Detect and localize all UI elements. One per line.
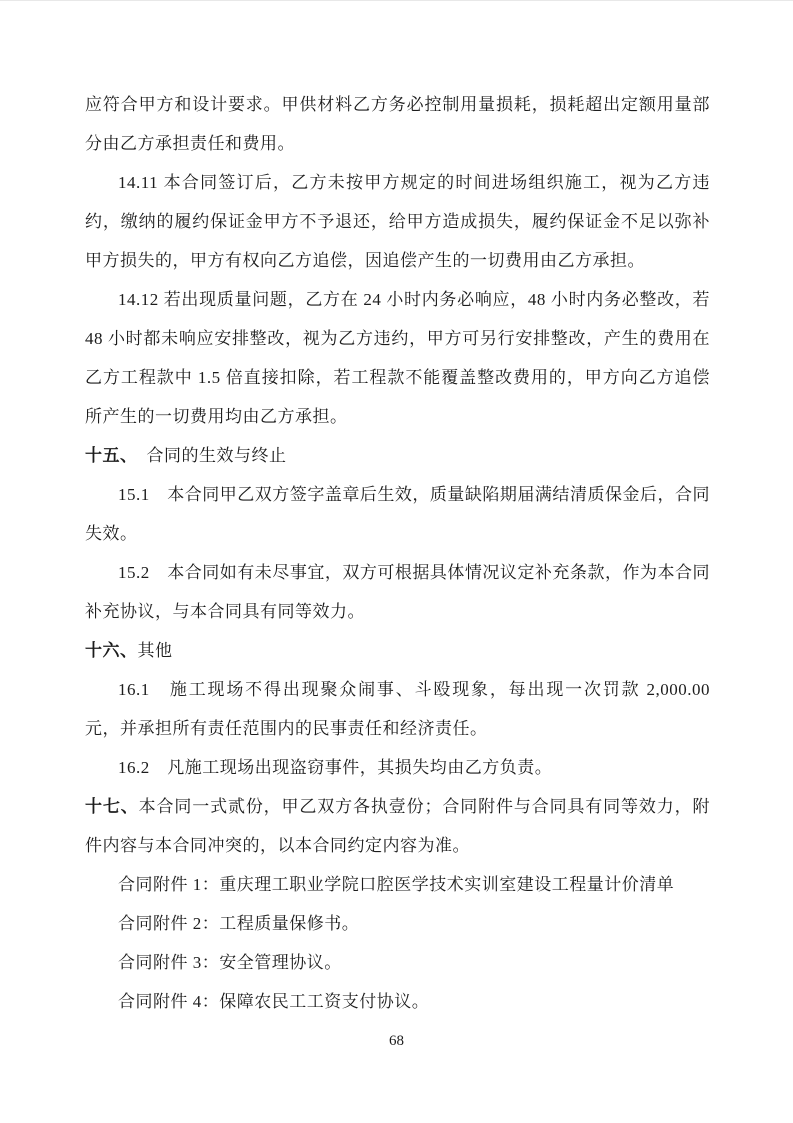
clause-15-2: 15.2 本合同如有未尽事宜，双方可根据具体情况议定补充条款，作为本合同补充协议… (85, 553, 710, 631)
section-17-paragraph: 十七、本合同一式贰份，甲乙双方各执壹份；合同附件与合同具有同等效力，附件内容与本… (85, 787, 710, 865)
section-17-text: 本合同一式贰份，甲乙双方各执壹份；合同附件与合同具有同等效力，附件内容与本合同冲… (85, 797, 710, 855)
section-17-number: 十七、 (85, 797, 139, 816)
section-16-number: 十六、 (85, 641, 138, 660)
attachment-1: 合同附件 1：重庆理工职业学院口腔医学技术实训室建设工程量计价清单 (85, 865, 710, 904)
clause-15-1: 15.1 本合同甲乙双方签字盖章后生效，质量缺陷期届满结清质保金后，合同失效。 (85, 475, 710, 553)
clause-14-12: 14.12 若出现质量问题，乙方在 24 小时内务必响应，48 小时内务必整改，… (85, 280, 710, 436)
clause-14-11: 14.11 本合同签订后，乙方未按甲方规定的时间进场组织施工，视为乙方违约，缴纳… (85, 163, 710, 280)
section-16-heading: 十六、其他 (85, 631, 710, 670)
section-15-number: 十五、 (85, 446, 129, 465)
attachment-3: 合同附件 3：安全管理协议。 (85, 943, 710, 982)
page-number: 68 (0, 1031, 793, 1051)
contract-document-page: 应符合甲方和设计要求。甲供材料乙方务必控制用量损耗，损耗超出定额用量部分由乙方承… (0, 0, 793, 1123)
clause-16-1: 16.1 施工现场不得出现聚众闹事、斗殴现象，每出现一次罚款 2,000.00 … (85, 670, 710, 748)
clause-16-2: 16.2 凡施工现场出现盗窃事件，其损失均由乙方负责。 (85, 748, 710, 787)
section-15-title: 合同的生效与终止 (129, 446, 287, 465)
section-16-title: 其他 (138, 641, 173, 660)
document-body: 应符合甲方和设计要求。甲供材料乙方务必控制用量损耗，损耗超出定额用量部分由乙方承… (85, 85, 710, 1021)
section-15-heading: 十五、 合同的生效与终止 (85, 436, 710, 475)
paragraph-continuation: 应符合甲方和设计要求。甲供材料乙方务必控制用量损耗，损耗超出定额用量部分由乙方承… (85, 85, 710, 163)
attachment-4: 合同附件 4：保障农民工工资支付协议。 (85, 982, 710, 1021)
attachment-2: 合同附件 2：工程质量保修书。 (85, 904, 710, 943)
